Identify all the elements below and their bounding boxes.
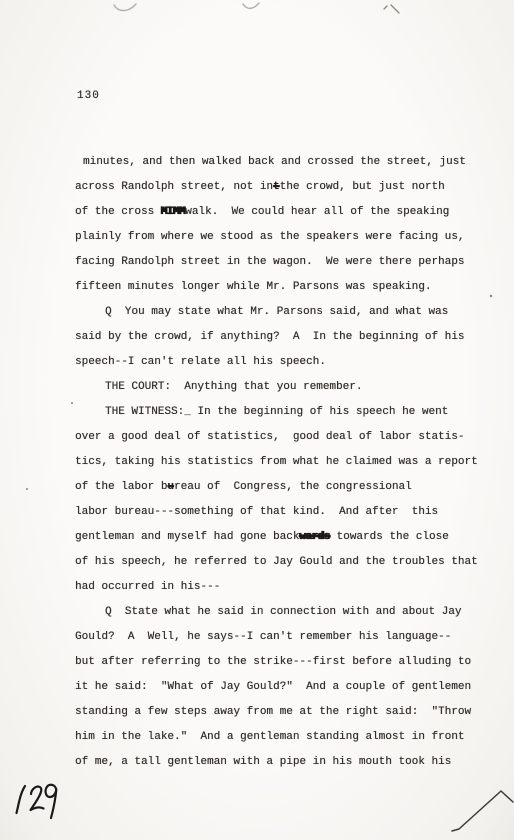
text-line: Q State what he said in connection with … xyxy=(75,600,495,625)
text-line: of the cross MIMMwalk. We could hear all… xyxy=(75,200,495,225)
text-segment: reau of Congress, the congressional xyxy=(174,481,412,493)
text-line: of me, a tall gentleman with a pipe in h… xyxy=(75,750,495,775)
text-line: across Randolph street, not intthe crowd… xyxy=(75,175,495,200)
top-right-smudge-mark xyxy=(384,5,399,13)
text-line: standing a few steps away from me at the… xyxy=(75,700,495,725)
text-segment: gentleman and myself had gone back xyxy=(75,531,299,543)
text-line: plainly from where we stood as the speak… xyxy=(75,225,495,250)
pencil-check-mark xyxy=(452,791,513,831)
text-line: but after referring to the strike---firs… xyxy=(75,650,495,675)
text-segment: of the labor b xyxy=(75,481,167,493)
text-segment: had occurred in his--- xyxy=(75,581,220,593)
text-segment: towards the close xyxy=(330,531,449,543)
handwritten-page-number xyxy=(17,785,57,818)
text-segment: of me, a tall gentleman with a pipe in h… xyxy=(75,756,451,768)
text-line: tics, taking his statistics from what he… xyxy=(75,450,495,475)
text-segment: speech--I can't relate all his speech. xyxy=(75,356,326,368)
document-page: 130 minutes, and then walked back and cr… xyxy=(0,0,514,840)
text-segment: THE WITNESS: xyxy=(105,406,184,418)
text-segment: but after referring to the strike---firs… xyxy=(75,656,471,668)
text-line: facing Randolph street in the wagon. We … xyxy=(75,250,495,275)
text-line: THE WITNESS:_ In the beginning of his sp… xyxy=(75,400,495,425)
text-segment: Gould? A Well, he says--I can't remember… xyxy=(75,631,451,643)
text-segment: said by the crowd, if anything? A In the… xyxy=(75,331,464,343)
text-segment: across Randolph street, not in xyxy=(75,181,273,193)
text-line: THE COURT: Anything that you remember. xyxy=(75,375,495,400)
text-segment: minutes, and then walked back and crosse… xyxy=(83,156,466,168)
text-line: fifteen minutes longer while Mr. Parsons… xyxy=(75,275,495,300)
text-segment: of his speech, he referred to Jay Gould … xyxy=(75,556,478,568)
text-segment: him in the lake." And a gentleman standi… xyxy=(75,731,464,743)
text-segment: it he said: "What of Jay Gould?" And a c… xyxy=(75,681,471,693)
top-smudge-marks xyxy=(114,3,259,11)
text-line: gentleman and myself had gone backwards … xyxy=(75,525,495,550)
text-line: him in the lake." And a gentleman standi… xyxy=(75,725,495,750)
text-segment: In the beginning of his speech he went xyxy=(191,406,448,418)
text-line: had occurred in his--- xyxy=(75,575,495,600)
text-line: over a good deal of statistics, good dea… xyxy=(75,425,495,450)
struck-out-text: t xyxy=(273,181,280,193)
text-segment: fifteen minutes longer while Mr. Parsons… xyxy=(75,281,431,293)
text-segment: walk. We could hear all of the speaking xyxy=(185,206,449,218)
text-segment: Q State what he said in connection with … xyxy=(105,606,461,618)
text-line: Gould? A Well, he says--I can't remember… xyxy=(75,625,495,650)
text-line: it he said: "What of Jay Gould?" And a c… xyxy=(75,675,495,700)
struck-out-text: MIMM xyxy=(161,206,185,218)
struck-out-text: _ xyxy=(184,406,191,418)
text-segment: plainly from where we stood as the speak… xyxy=(75,231,464,243)
text-segment: tics, taking his statistics from what he… xyxy=(75,456,478,468)
text-segment: of the cross xyxy=(75,206,161,218)
text-segment: THE COURT: Anything that you remember. xyxy=(105,381,362,393)
typewritten-text: minutes, and then walked back and crosse… xyxy=(75,150,495,775)
text-line: said by the crowd, if anything? A In the… xyxy=(75,325,495,350)
struck-out-text: wards xyxy=(299,531,330,543)
text-line: labor bureau---something of that kind. A… xyxy=(75,500,495,525)
text-line: speech--I can't relate all his speech. xyxy=(75,350,495,375)
text-segment: Q You may state what Mr. Parsons said, a… xyxy=(105,306,448,318)
text-segment: facing Randolph street in the wagon. We … xyxy=(75,256,464,268)
text-segment: standing a few steps away from me at the… xyxy=(75,706,471,718)
text-line: Q You may state what Mr. Parsons said, a… xyxy=(75,300,495,325)
text-line: minutes, and then walked back and crosse… xyxy=(75,150,495,175)
text-line: of his speech, he referred to Jay Gould … xyxy=(75,550,495,575)
text-line: of the labor bureau of Congress, the con… xyxy=(75,475,495,500)
page-number: 130 xyxy=(77,90,100,102)
text-segment: labor bureau---something of that kind. A… xyxy=(75,506,438,518)
text-segment: the crowd, but just north xyxy=(280,181,445,193)
text-segment: over a good deal of statistics, good dea… xyxy=(75,431,464,443)
